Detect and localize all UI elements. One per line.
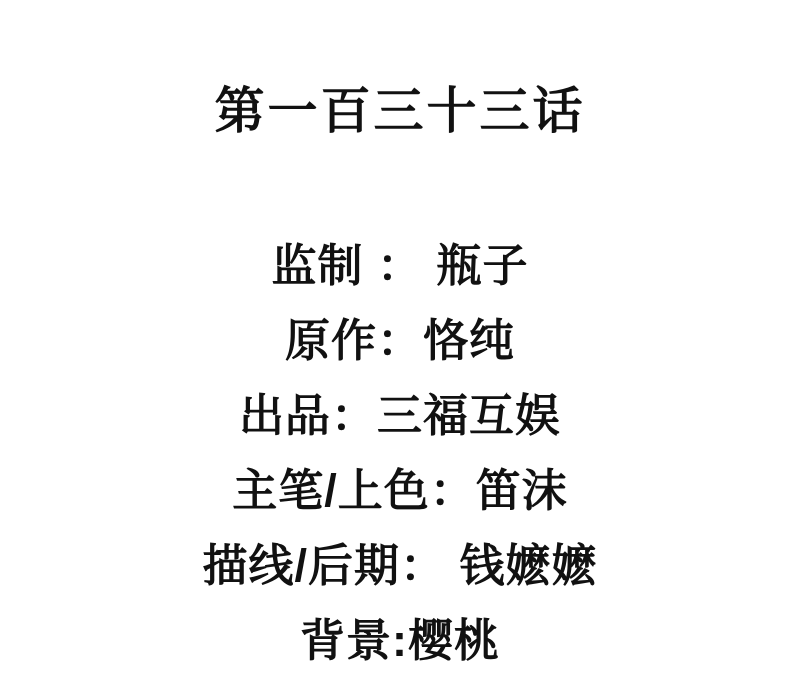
credit-line-original-author: 原作：恪纯 xyxy=(0,303,800,378)
credit-line-background: 背景:樱桃 xyxy=(0,603,800,675)
credits-page: 第一百三十三话 监制 ： 瓶子 原作：恪纯 出品：三福互娱 主笔/上色：笛沫 描… xyxy=(0,0,800,675)
credit-line-publisher: 出品：三福互娱 xyxy=(0,378,800,453)
credits-list: 监制 ： 瓶子 原作：恪纯 出品：三福互娱 主笔/上色：笛沫 描线/后期： 钱嬷… xyxy=(0,228,800,675)
chapter-title: 第一百三十三话 xyxy=(0,84,800,139)
credit-line-lead-artist-colorist: 主笔/上色：笛沫 xyxy=(0,453,800,528)
credit-line-producer: 监制 ： 瓶子 xyxy=(0,228,800,303)
credit-line-lineart-postproduction: 描线/后期： 钱嬷嬷 xyxy=(0,528,800,603)
